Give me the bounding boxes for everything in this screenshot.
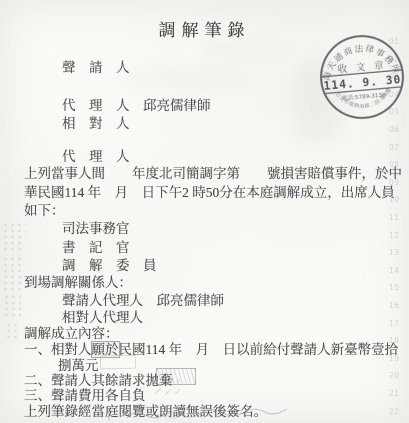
law-firm-receipt-stamp: 海天通商法律事務所 收 文 章 114. 9. 30 電話:5789-3138 … xyxy=(313,28,409,126)
line-judicial-officer: 司法事務官 xyxy=(62,217,130,237)
text-segment: 民國114 年 月 日以前給付聲請人新臺幣壹拾 xyxy=(119,342,399,357)
scan-ghost xyxy=(120,66,250,90)
handwriting-signature xyxy=(105,406,305,423)
margin-dot-artifact xyxy=(5,322,17,340)
line-case-intro-3: 如下： xyxy=(24,199,65,219)
line-number: 07 xyxy=(389,143,400,152)
pencil-marks xyxy=(145,376,205,398)
scanned-document-page: 調解筆錄 聲 請 人代 理 人 邱亮儒律師相 對 人代 理 人上列當事人間 年度… xyxy=(0,0,409,423)
line-number: 12 xyxy=(389,231,400,240)
line-number: 19 xyxy=(389,354,400,363)
line-respondent: 相 對 人 xyxy=(62,112,130,132)
line-number: 18 xyxy=(389,336,400,345)
line-number: 08 xyxy=(389,160,400,169)
scan-ghost xyxy=(200,42,290,58)
line-case-intro-1: 上列當事人間 年度北司簡調字第 號損害賠償事件，於中 xyxy=(24,162,402,182)
line-number: 10 xyxy=(389,195,400,204)
redaction-box xyxy=(100,355,136,370)
line-number: 09 xyxy=(389,178,400,187)
line-number: 06 xyxy=(389,125,400,134)
line-number: 17 xyxy=(389,319,400,328)
line-number: 16 xyxy=(389,301,400,310)
line-attendees-header: 到場調解關係人： xyxy=(24,271,132,291)
line-clerk: 書 記 官 xyxy=(62,236,130,256)
line-applicant: 聲 請 人 xyxy=(62,56,130,76)
line-applicant-agent: 代 理 人 邱亮儒律師 xyxy=(62,94,211,114)
line-number: 22 xyxy=(389,407,400,416)
line-number: 21 xyxy=(389,389,400,398)
margin-dot-artifact xyxy=(2,256,24,292)
stamp-label: 收 文 章 xyxy=(337,58,387,75)
line-number: 11 xyxy=(389,213,400,222)
line-number: 13 xyxy=(389,248,400,257)
margin-dot-artifact xyxy=(3,294,21,320)
line-number: 20 xyxy=(389,371,400,380)
margin-dot-artifact xyxy=(2,222,26,254)
line-number: 14 xyxy=(389,266,400,275)
line-case-intro-2: 華民國114 年 月 日下午2 時50分在本庭調解成立，出席人員 xyxy=(24,181,395,201)
line-number: 15 xyxy=(389,283,400,292)
